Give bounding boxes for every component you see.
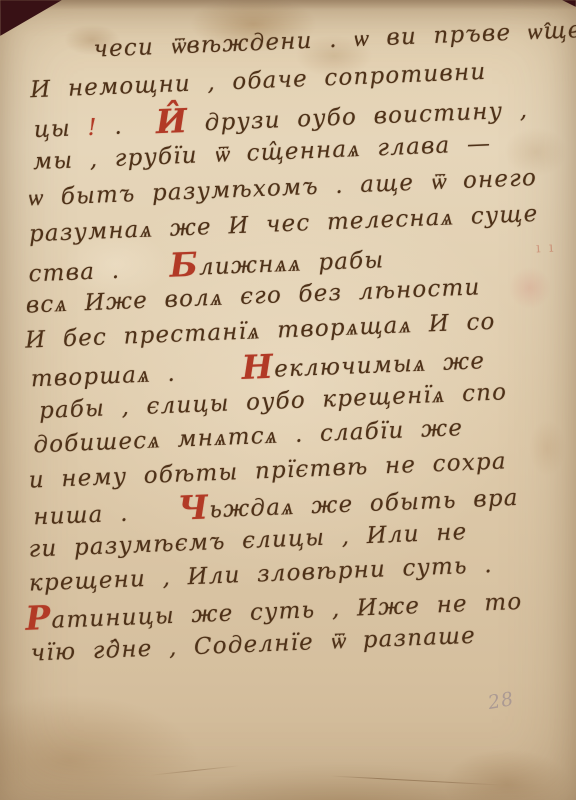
parchment-crack-small xyxy=(150,765,240,775)
rubric-initial-letter: Б xyxy=(169,245,200,285)
ink-text-run: ства . xyxy=(28,256,170,288)
rubric-initial-letter: Н xyxy=(241,347,275,387)
rubric-initial-letter: Ч xyxy=(177,487,210,527)
ink-text-run: ниша . xyxy=(33,499,179,531)
ink-text-run: цы xyxy=(33,115,88,143)
parchment-crack xyxy=(330,776,500,786)
manuscript-line: И немощни , обаче сопротивни xyxy=(30,59,487,103)
ink-text-run: лижнѧѧ рабы xyxy=(198,247,384,280)
ink-text-run: чеси ѿвѣждени . ѡ ви пръве ѡ̂ще xyxy=(93,17,576,63)
rubric-initial-letter: Р xyxy=(25,598,53,638)
ink-text-run: творшаѧ . xyxy=(30,358,242,392)
ink-text-run: И немощни , обаче сопротивни xyxy=(30,59,487,103)
pencil-page-number: 28 xyxy=(486,688,516,714)
rubric-mark: ! xyxy=(87,114,115,141)
ink-text-run: еключимыѧ же xyxy=(274,348,486,382)
handwritten-text-block: чеси ѿвѣждени . ѡ ви пръве ѡ̂щеИ немощни… xyxy=(0,0,576,762)
manuscript-line: чеси ѿвѣждени . ѡ ви пръве ѡ̂ще xyxy=(93,17,576,63)
rubric-initial-letter: И̂ xyxy=(155,101,189,141)
margin-rubric-mark: ı ı xyxy=(536,240,556,257)
manuscript-photo: чеси ѿвѣждени . ѡ ви пръве ѡ̂щеИ немощни… xyxy=(0,0,576,800)
ink-text-run: ьждаѧ же обыть вра xyxy=(209,485,519,523)
parchment-page: чеси ѿвѣждени . ѡ ви пръве ѡ̂щеИ немощни… xyxy=(0,0,576,800)
ink-text-run: . xyxy=(114,112,157,140)
